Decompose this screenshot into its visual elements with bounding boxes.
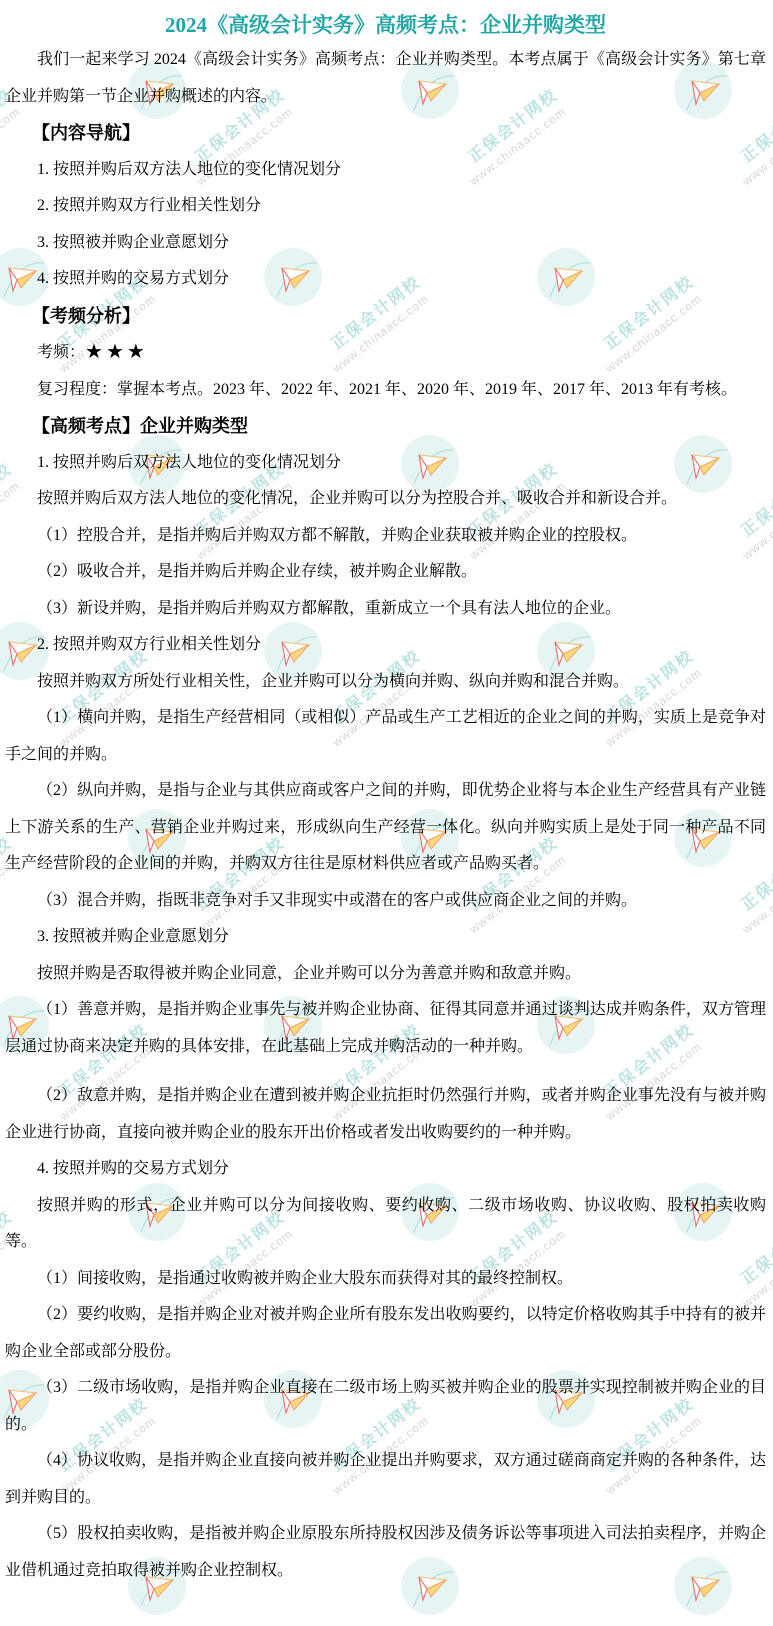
paragraph: （3）混合并购，指既非竞争对手又非现实中或潜在的客户或供应商企业之间的并购。 bbox=[5, 883, 766, 920]
freq-label: 考频： bbox=[37, 344, 85, 361]
paragraph: （1）善意并购，是指并购企业事先与被并购企业协商、征得其同意并通过谈判达成并购条… bbox=[5, 992, 766, 1065]
content-nav-heading: 【内容导航】 bbox=[5, 115, 766, 152]
paragraph: （3）新设并购，是指并购后并购双方都解散，重新成立一个具有法人地位的企业。 bbox=[5, 591, 766, 628]
article-content: 2024《高级会计实务》高频考点：企业并购类型 我们一起来学习 2024《高级会… bbox=[0, 8, 773, 1589]
nav-item: 3. 按照被并购企业意愿划分 bbox=[5, 225, 766, 262]
key-point-heading: 【高频考点】企业并购类型 bbox=[5, 408, 766, 445]
paragraph: 按照并购后双方法人地位的变化情况，企业并购可以分为控股合并、吸收合并和新设合并。 bbox=[5, 481, 766, 518]
watermark-url-text: www.chinaacc.com bbox=[329, 0, 434, 4]
section-title: 1. 按照并购后双方法人地位的变化情况划分 bbox=[5, 445, 766, 482]
nav-item: 1. 按照并购后双方法人地位的变化情况划分 bbox=[5, 152, 766, 189]
paragraph: （2）纵向并购，是指与企业与其供应商或客户之间的并购，即优势企业将与本企业生产经… bbox=[5, 773, 766, 883]
watermark-url-text: www.chinaacc.com bbox=[56, 0, 161, 4]
paragraph: （3）二级市场收购，是指并购企业直接在二级市场上购买被并购企业的股票并实现控制被… bbox=[5, 1370, 766, 1443]
freq-analysis-heading: 【考频分析】 bbox=[5, 298, 766, 335]
nav-item: 4. 按照并购的交易方式划分 bbox=[5, 261, 766, 298]
page-title: 2024《高级会计实务》高频考点：企业并购类型 bbox=[5, 8, 766, 42]
review-line: 复习程度：掌握本考点。2023 年、2022 年、2021 年、2020 年、2… bbox=[5, 372, 766, 409]
document-page: 正保会计网校www.chinaacc.com正保会计网校www.chinaacc… bbox=[0, 0, 773, 1626]
section-title: 4. 按照并购的交易方式划分 bbox=[5, 1151, 766, 1188]
paragraph: 按照并购的形式，企业并购可以分为间接收购、要约收购、二级市场收购、协议收购、股权… bbox=[5, 1188, 766, 1261]
paragraph: （1）间接收购，是指通过收购被并购企业大股东而获得对其的最终控制权。 bbox=[5, 1261, 766, 1298]
paragraph: （2）敌意并购，是指并购企业在遭到被并购企业抗拒时仍然强行并购，或者并购企业事先… bbox=[5, 1078, 766, 1151]
section-title: 2. 按照并购双方行业相关性划分 bbox=[5, 627, 766, 664]
paragraph: （1）横向并购，是指生产经营相同（或相似）产品或生产工艺相近的企业之间的并购，实… bbox=[5, 700, 766, 773]
section-title: 3. 按照被并购企业意愿划分 bbox=[5, 919, 766, 956]
nav-item: 2. 按照并购双方行业相关性划分 bbox=[5, 188, 766, 225]
paragraph: （1）控股合并，是指并购后并购双方都不解散，并购企业获取被并购企业的控股权。 bbox=[5, 518, 766, 555]
star-rating: ★★★ bbox=[85, 341, 148, 363]
paragraph: 按照并购是否取得被并购企业同意，企业并购可以分为善意并购和敌意并购。 bbox=[5, 956, 766, 993]
paragraph: 按照并购双方所处行业相关性，企业并购可以分为横向并购、纵向并购和混合并购。 bbox=[5, 664, 766, 701]
watermark-url-text: www.chinaacc.com bbox=[602, 0, 707, 4]
paragraph: （2）要约收购，是指并购企业对被并购企业所有股东发出收购要约，以特定价格收购其手… bbox=[5, 1297, 766, 1370]
paragraph: （4）协议收购，是指并购企业直接向被并购企业提出并购要求，双方通过磋商商定并购的… bbox=[5, 1443, 766, 1516]
intro-paragraph: 我们一起来学习 2024《高级会计实务》高频考点：企业并购类型。本考点属于《高级… bbox=[5, 42, 766, 115]
paragraph: （5）股权拍卖收购，是指被并购企业原股东所持股权因涉及债务诉讼等事项进入司法拍卖… bbox=[5, 1516, 766, 1589]
freq-line: 考频：★★★ bbox=[5, 334, 766, 372]
paragraph: （2）吸收合并，是指并购后并购企业存续，被并购企业解散。 bbox=[5, 554, 766, 591]
